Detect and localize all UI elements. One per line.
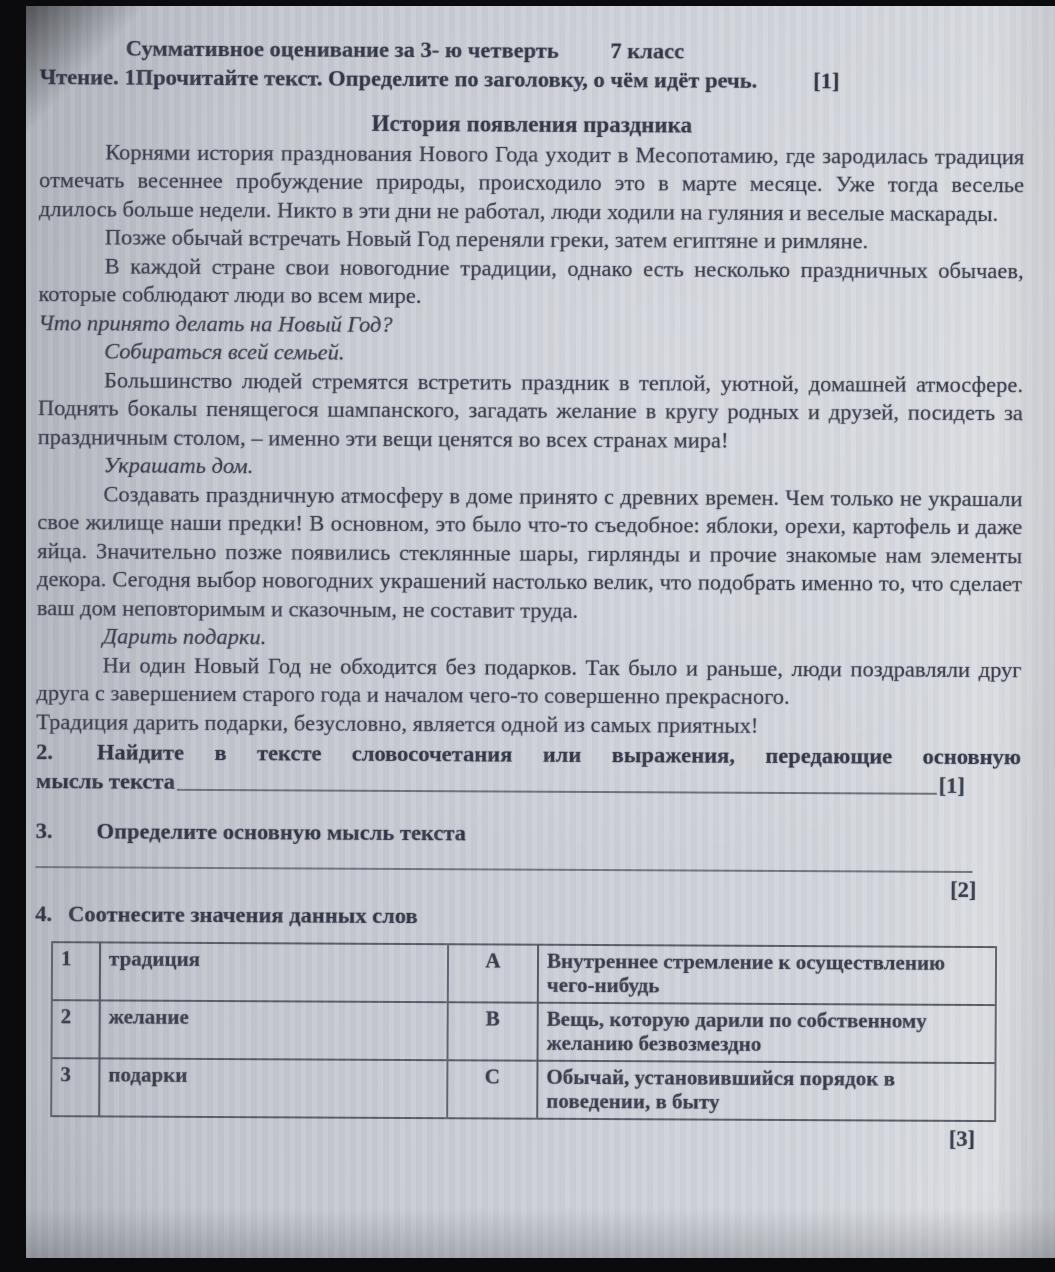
paragraph-family: Большинство людей стремятся встретить пр… <box>38 366 1023 457</box>
reading-instruction-text: Чтение. 1Прочитайте текст. Определите по… <box>40 63 758 95</box>
match-table: 1 традиция A Внутреннее стремление к осу… <box>50 941 997 1122</box>
row1-letter: A <box>448 944 538 1002</box>
paragraph-origin: Корнями история празднования Нового Года… <box>39 138 1024 229</box>
question-3: 3.Определите основную мысль текста <box>36 817 1021 851</box>
table-row-2: 2 желание B Вещь, которую дарили по собс… <box>51 1000 995 1063</box>
row3-letter: C <box>447 1060 537 1118</box>
question-2-text: Найдите в тексте словосочетания или выра… <box>97 739 1021 769</box>
paragraph-traditions: В каждой стране свои новогодние традиции… <box>38 252 1023 314</box>
row2-number: 2 <box>51 1000 99 1058</box>
question-2-number: 2. <box>36 739 53 764</box>
text-title: История появления праздника <box>39 108 1024 142</box>
table-row-3: 3 подарки C Обычай, установившийся поряд… <box>51 1058 995 1121</box>
row1-word: традиция <box>100 942 448 1002</box>
document-page: Суммативное оценивание за 3- ю четверть … <box>26 6 1055 1258</box>
question-3-number: 3. <box>36 818 53 843</box>
question-2-line2: мысль текста [1] <box>36 767 1021 801</box>
document-content: Суммативное оценивание за 3- ю четверть … <box>26 6 1055 1153</box>
row1-definition: Внутреннее стремление к осуществлению че… <box>538 944 996 1004</box>
paragraph-greeks: Позже обычай встречать Новый Год перенял… <box>39 223 1024 257</box>
question-2-line1: 2.Найдите в тексте словосочетания или вы… <box>36 738 1021 772</box>
marks-badge-q3: [2] <box>35 871 1020 905</box>
question-2: 2.Найдите в тексте словосочетания или вы… <box>36 738 1021 800</box>
question-4-number: 4. <box>35 901 52 926</box>
table-row-1: 1 традиция A Внутреннее стремление к осу… <box>52 942 996 1005</box>
marks-badge-q1: [1] <box>813 67 839 96</box>
assessment-title: Суммативное оценивание за 3- ю четверть <box>126 36 559 63</box>
question-3-text: Определите основную мысль текста <box>96 818 466 845</box>
subheading-gifts: Дарить подарки. <box>37 622 1022 656</box>
question-4: 4.Соотнесите значения данных слов <box>35 900 1020 934</box>
paragraph-decorate: Создавать праздничную атмосферу в доме п… <box>37 480 1023 628</box>
reading-instruction: Чтение. 1Прочитайте текст. Определите по… <box>40 63 1025 97</box>
row2-word: желание <box>99 1000 447 1060</box>
subheading-family: Собираться всей семьей. <box>38 337 1023 371</box>
row3-number: 3 <box>51 1058 99 1116</box>
question-4-text: Соотнесите значения данных слов <box>68 901 418 928</box>
subheading-decorate: Украшать дом. <box>38 451 1023 485</box>
row1-number: 1 <box>52 942 100 1000</box>
marks-badge-q4: [3] <box>34 1120 1019 1154</box>
row3-definition: Обычай, установившийся порядок в поведен… <box>537 1060 995 1120</box>
paragraph-gift-tradition: Традиция дарить подарки, безусловно, явл… <box>36 708 1021 742</box>
row2-definition: Вещь, которую дарили по собственному жел… <box>537 1002 995 1062</box>
grade-label: 7 класс <box>610 38 684 63</box>
marks-badge-q2: [1] <box>939 771 965 800</box>
row2-letter: B <box>447 1002 537 1060</box>
row3-word: подарки <box>99 1058 447 1118</box>
question-2-text-cont: мысль текста <box>36 767 175 796</box>
answer-line-q2 <box>177 789 937 795</box>
paragraph-gifts: Ни один Новый Год не обходится без подар… <box>36 651 1021 713</box>
